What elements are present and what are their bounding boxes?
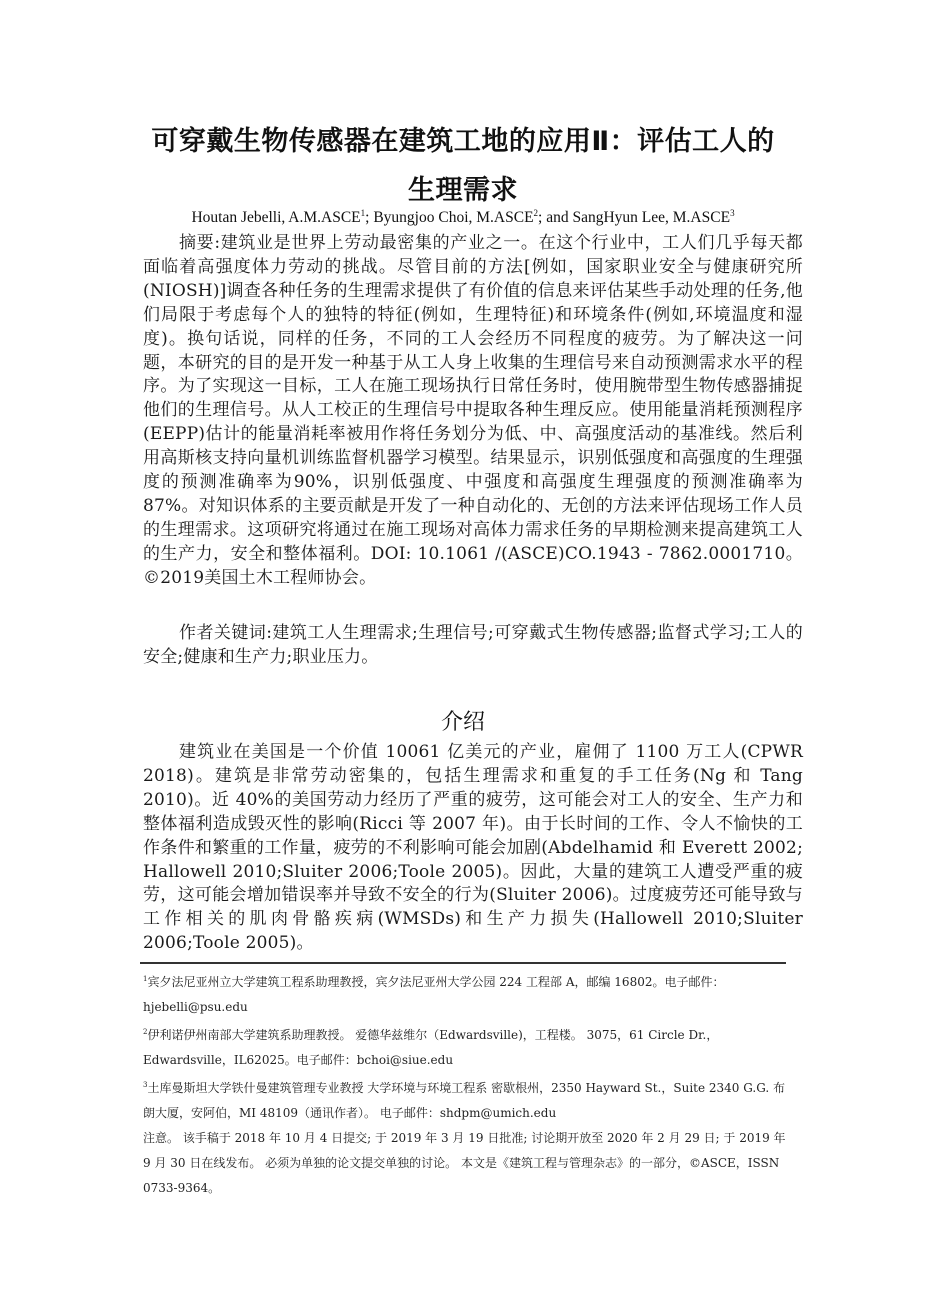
abstract: 摘要:建筑业是世界上劳动最密集的产业之一。在这个行业中，工人们几乎每天都面临着高…	[143, 232, 803, 591]
footnote-3: 3土库曼斯坦大学铁什曼建筑管理专业教授 大学环境与环境工程系 密歇根州，2350…	[143, 1073, 793, 1126]
keywords-text: 作者关键词:建筑工人生理需求;生理信号;可穿戴式生物传感器;监督式学习;工人的安…	[143, 622, 803, 670]
footnote-2: 2伊利诺伊州南部大学建筑系助理教授。 爱德华兹维尔（Edwardsville)，…	[143, 1020, 793, 1073]
author-name: Houtan Jebelli, A.M.ASCE	[191, 209, 360, 226]
introduction-paragraph: 建筑业在美国是一个价值 10061 亿美元的产业，雇佣了 1100 万工人(CP…	[143, 741, 803, 956]
paper-title-line-2: 生理需求	[120, 168, 806, 207]
section-heading-introduction: 介绍	[140, 705, 786, 736]
footnote-1: 1宾夕法尼亚州立大学建筑工程系助理教授，宾夕法尼亚州大学公园 224 工程部 A…	[143, 967, 793, 1020]
keywords: 作者关键词:建筑工人生理需求;生理信号;可穿戴式生物传感器;监督式学习;工人的安…	[143, 622, 803, 670]
footnote-text: 宾夕法尼亚州立大学建筑工程系助理教授，宾夕法尼亚州大学公园 224 工程部 A，…	[143, 975, 724, 1014]
author-name: Byungjoo Choi, M.ASCE	[373, 209, 533, 226]
author-list: Houtan Jebelli, A.M.ASCE1; Byungjoo Choi…	[140, 208, 786, 227]
paper-title-line-1: 可穿戴生物传感器在建筑工地的应用Ⅱ：评估工人的	[120, 119, 806, 158]
author-name: SangHyun Lee, M.ASCE	[572, 209, 730, 226]
affiliation-mark: 3	[730, 208, 735, 218]
author-separator: ; and	[538, 209, 572, 226]
publication-note: 注意。 该手稿于 2018 年 10 月 4 日提交; 于 2019 年 3 月…	[143, 1126, 793, 1201]
footnotes: 1宾夕法尼亚州立大学建筑工程系助理教授，宾夕法尼亚州大学公园 224 工程部 A…	[143, 967, 793, 1201]
paper-page: 可穿戴生物传感器在建筑工地的应用Ⅱ：评估工人的 生理需求 Houtan Jebe…	[0, 0, 926, 1309]
footnote-text: 土库曼斯坦大学铁什曼建筑管理专业教授 大学环境与环境工程系 密歇根州，2350 …	[143, 1081, 785, 1120]
introduction: 建筑业在美国是一个价值 10061 亿美元的产业，雇佣了 1100 万工人(CP…	[143, 741, 803, 956]
abstract-text: 摘要:建筑业是世界上劳动最密集的产业之一。在这个行业中，工人们几乎每天都面临着高…	[143, 232, 803, 591]
footnote-divider	[140, 962, 786, 964]
footnote-text: 伊利诺伊州南部大学建筑系助理教授。 爱德华兹维尔（Edwardsville)，工…	[143, 1028, 718, 1067]
